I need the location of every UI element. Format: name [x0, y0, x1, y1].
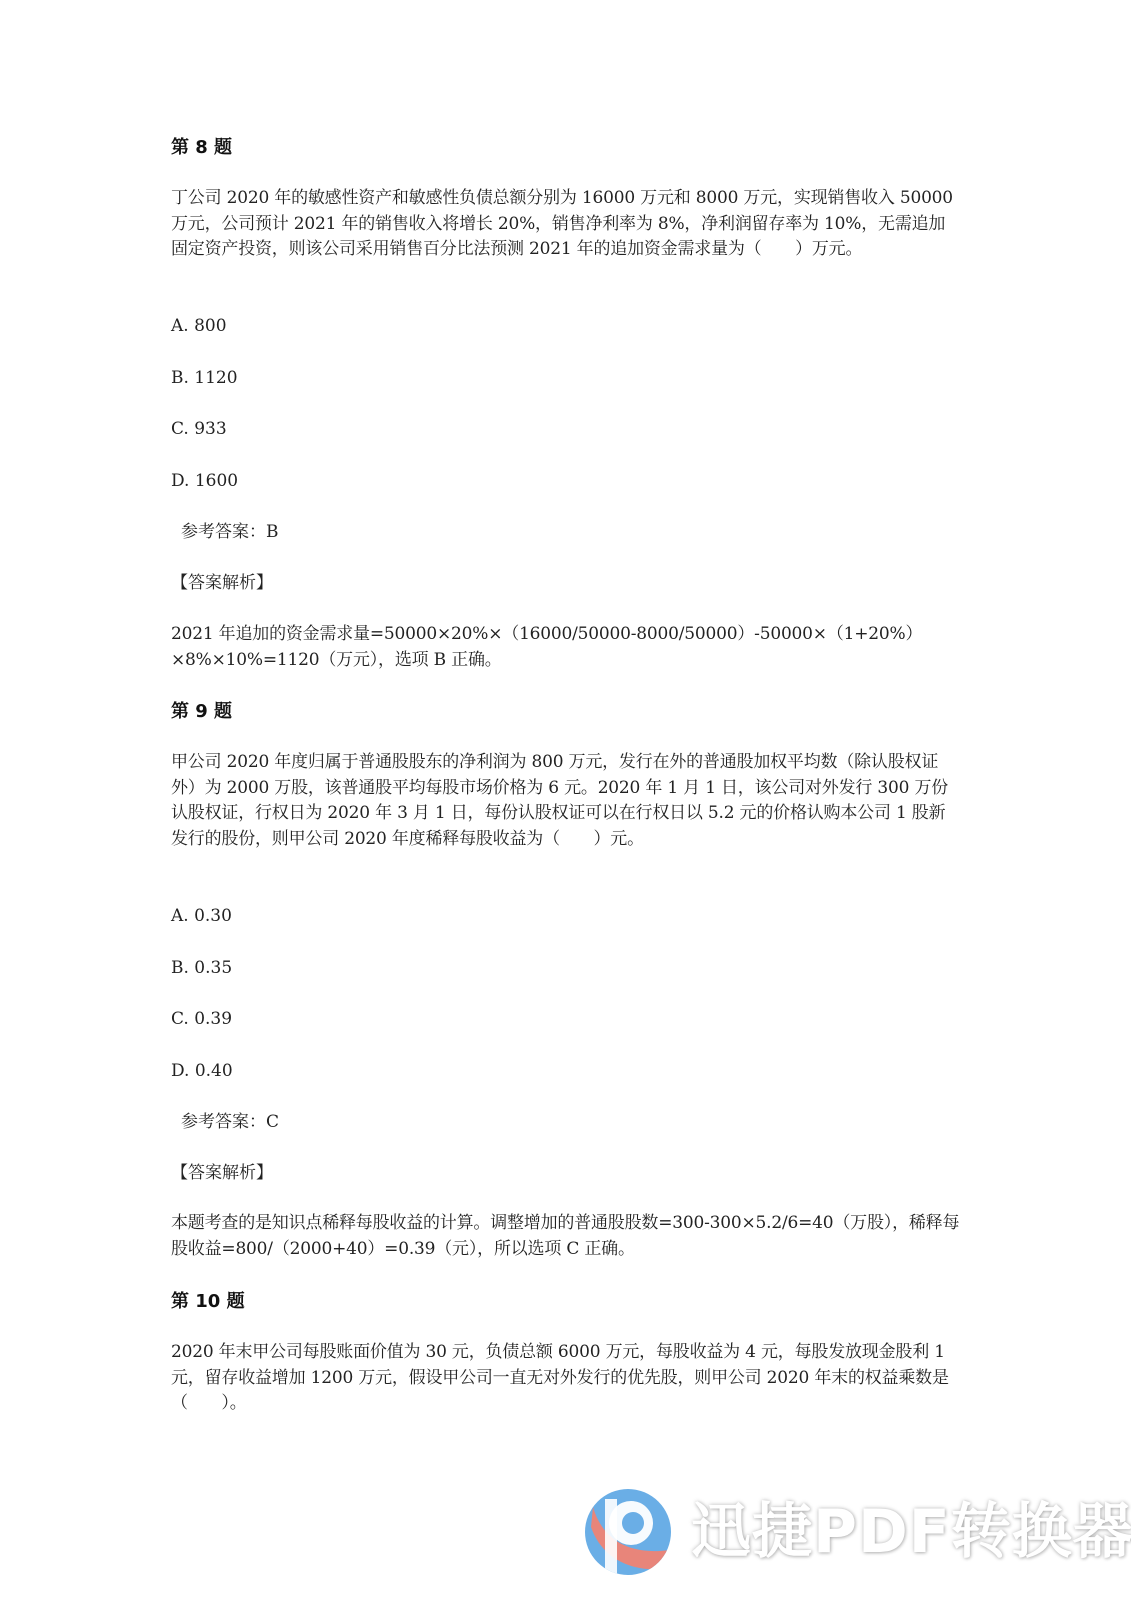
- watermark-text: 迅捷PDF转换器: [691, 1487, 1131, 1577]
- question-9-answer: 参考答案：C: [181, 1110, 279, 1134]
- question-9-analysis-heading: 【答案解析】: [171, 1161, 273, 1185]
- question-8-answer: 参考答案：B: [181, 520, 279, 544]
- question-9-option-d: D. 0.40: [171, 1059, 233, 1083]
- question-8-option-c: C. 933: [171, 417, 227, 441]
- question-9-stem: 甲公司 2020 年度归属于普通股股东的净利润为 800 万元，发行在外的普通股…: [171, 750, 961, 852]
- question-8-option-a: A. 800: [171, 314, 227, 338]
- question-9-option-a: A. 0.30: [171, 904, 232, 928]
- question-8-title: 第 8 题: [171, 136, 232, 160]
- question-8-option-d: D. 1600: [171, 469, 238, 493]
- question-10-title: 第 10 题: [171, 1290, 245, 1314]
- question-8-analysis: 2021 年追加的资金需求量=50000×20%×（16000/50000-80…: [171, 622, 961, 673]
- question-9-option-b: B. 0.35: [171, 956, 232, 980]
- question-8-option-b: B. 1120: [171, 366, 238, 390]
- watermark: 迅捷PDF转换器: [583, 1487, 1103, 1577]
- question-9-option-c: C. 0.39: [171, 1007, 232, 1031]
- question-8-analysis-heading: 【答案解析】: [171, 571, 273, 595]
- converter-logo-icon: [583, 1487, 673, 1577]
- question-8-stem: 丁公司 2020 年的敏感性资产和敏感性负债总额分别为 16000 万元和 80…: [171, 186, 961, 263]
- question-9-title: 第 9 题: [171, 700, 232, 724]
- question-9-analysis: 本题考查的是知识点稀释每股收益的计算。调整增加的普通股股数=300-300×5.…: [171, 1211, 961, 1262]
- question-10-stem: 2020 年末甲公司每股账面价值为 30 元，负债总额 6000 万元，每股收益…: [171, 1340, 961, 1417]
